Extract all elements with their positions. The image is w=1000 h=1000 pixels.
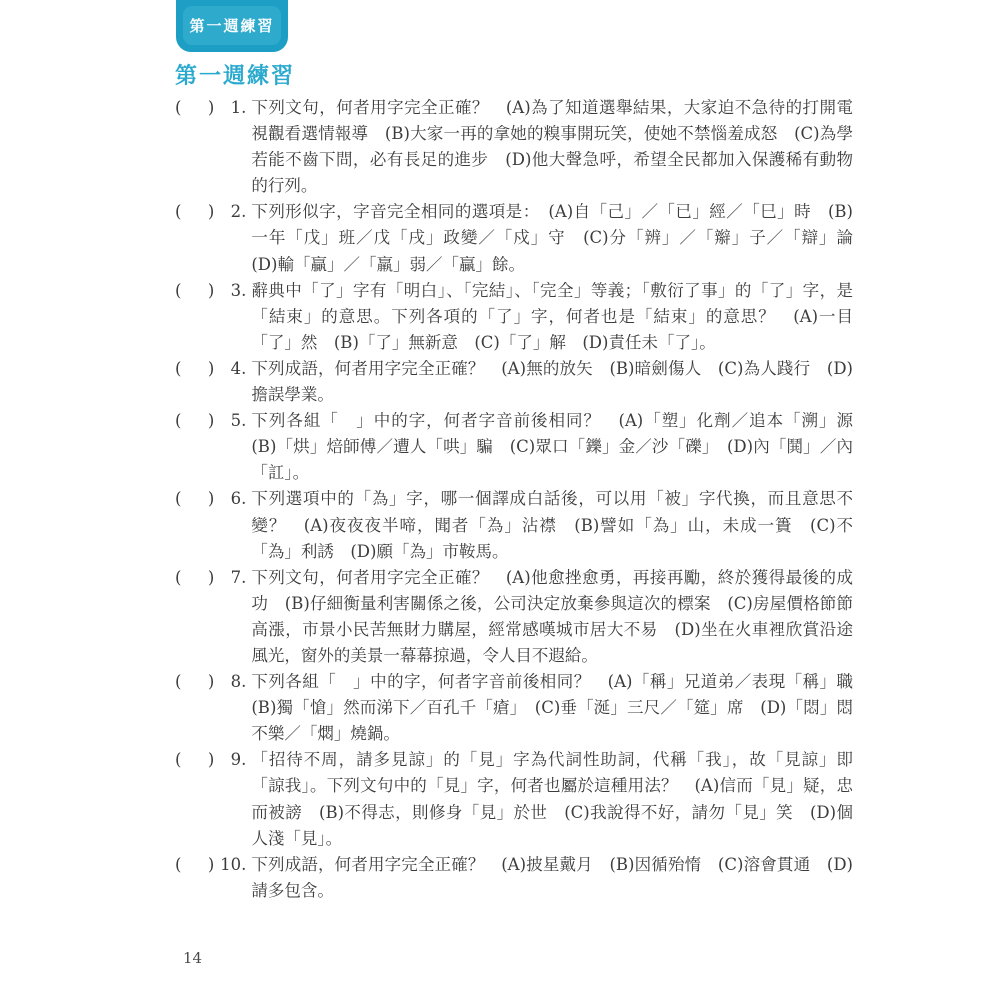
question-row: ( ) 1. 下列文句，何者用字完全正確？ (A)為了知道選舉結果，大家迫不急待… [175,95,853,199]
question-number: 6. [219,486,246,512]
question-text: 下列成語，何者用字完全正確？ (A)披星戴月 (B)因循殆惰 (C)溶會貫通 (… [251,852,853,904]
answer-bracket: ( ) [175,278,219,304]
question-text: 下列文句，何者用字完全正確？ (A)為了知道選舉結果，大家迫不急待的打開電視觀看… [251,95,853,199]
question-row: ( ) 2. 下列形似字，字音完全相同的選項是： (A)自「己」／「已」經／「巳… [175,199,853,277]
question-list: ( ) 1. 下列文句，何者用字完全正確？ (A)為了知道選舉結果，大家迫不急待… [175,95,853,904]
question-row: ( ) 6. 下列選項中的「為」字，哪一個譯成白話後，可以用「被」字代換，而且意… [175,486,853,564]
question-number: 9. [219,747,246,773]
section-heading: 第一週練習 [175,59,295,90]
question-number: 8. [219,669,246,695]
question-number: 1. [219,95,246,121]
answer-bracket: ( ) [175,408,219,434]
answer-bracket: ( ) [175,95,219,121]
question-number: 5. [219,408,246,434]
answer-bracket: ( ) [175,565,219,591]
question-text: 下列選項中的「為」字，哪一個譯成白話後，可以用「被」字代換，而且意思不變？ (A… [251,486,853,564]
question-number: 2. [219,199,246,225]
answer-bracket: ( ) [175,356,219,382]
workbook-page: 第一週練習 第一週練習 ( ) 1. 下列文句，何者用字完全正確？ (A)為了知… [0,0,1000,1000]
question-text: 下列文句，何者用字完全正確？ (A)他愈挫愈勇，再接再勵，終於獲得最後的成功 (… [251,565,853,669]
question-text: 下列成語，何者用字完全正確？ (A)無的放矢 (B)暗劍傷人 (C)為人踐行 (… [251,356,853,408]
question-text: 下列形似字，字音完全相同的選項是： (A)自「己」／「已」經／「巳」時 (B)一… [251,199,853,277]
question-text: 下列各組「 」中的字，何者字音前後相同？ (A)「塑」化劑／追本「溯」源 (B)… [251,408,853,486]
question-row: ( ) 3. 辭典中「了」字有「明白」、「完結」、「完全」等義；「敷衍了事」的「… [175,278,853,356]
week-tab-inner: 第一週練習 [183,6,281,45]
question-row: ( ) 10. 下列成語，何者用字完全正確？ (A)披星戴月 (B)因循殆惰 (… [175,852,853,904]
page-number: 14 [183,949,202,967]
answer-bracket: ( ) [175,669,219,695]
week-tab-badge: 第一週練習 [176,0,288,52]
question-row: ( ) 9. 「招待不周，請多見諒」的「見」字為代詞性助詞，代稱「我」，故「見諒… [175,747,853,851]
answer-bracket: ( ) [175,747,219,773]
question-text: 下列各組「 」中的字，何者字音前後相同？ (A)「稱」兄道弟／表現「稱」職 (B… [251,669,853,747]
answer-bracket: ( ) [175,852,219,878]
answer-bracket: ( ) [175,486,219,512]
question-text: 「招待不周，請多見諒」的「見」字為代詞性助詞，代稱「我」，故「見諒」即「諒我」。… [251,747,853,851]
question-row: ( ) 5. 下列各組「 」中的字，何者字音前後相同？ (A)「塑」化劑／追本「… [175,408,853,486]
question-row: ( ) 7. 下列文句，何者用字完全正確？ (A)他愈挫愈勇，再接再勵，終於獲得… [175,565,853,669]
question-text: 辭典中「了」字有「明白」、「完結」、「完全」等義；「敷衍了事」的「了」字，是「結… [251,278,853,356]
answer-bracket: ( ) [175,199,219,225]
question-row: ( ) 8. 下列各組「 」中的字，何者字音前後相同？ (A)「稱」兄道弟／表現… [175,669,853,747]
question-number: 4. [219,356,246,382]
question-number: 3. [219,278,246,304]
week-tab-label: 第一週練習 [189,15,274,36]
question-number: 7. [219,565,246,591]
question-number: 10. [219,852,246,878]
question-row: ( ) 4. 下列成語，何者用字完全正確？ (A)無的放矢 (B)暗劍傷人 (C… [175,356,853,408]
